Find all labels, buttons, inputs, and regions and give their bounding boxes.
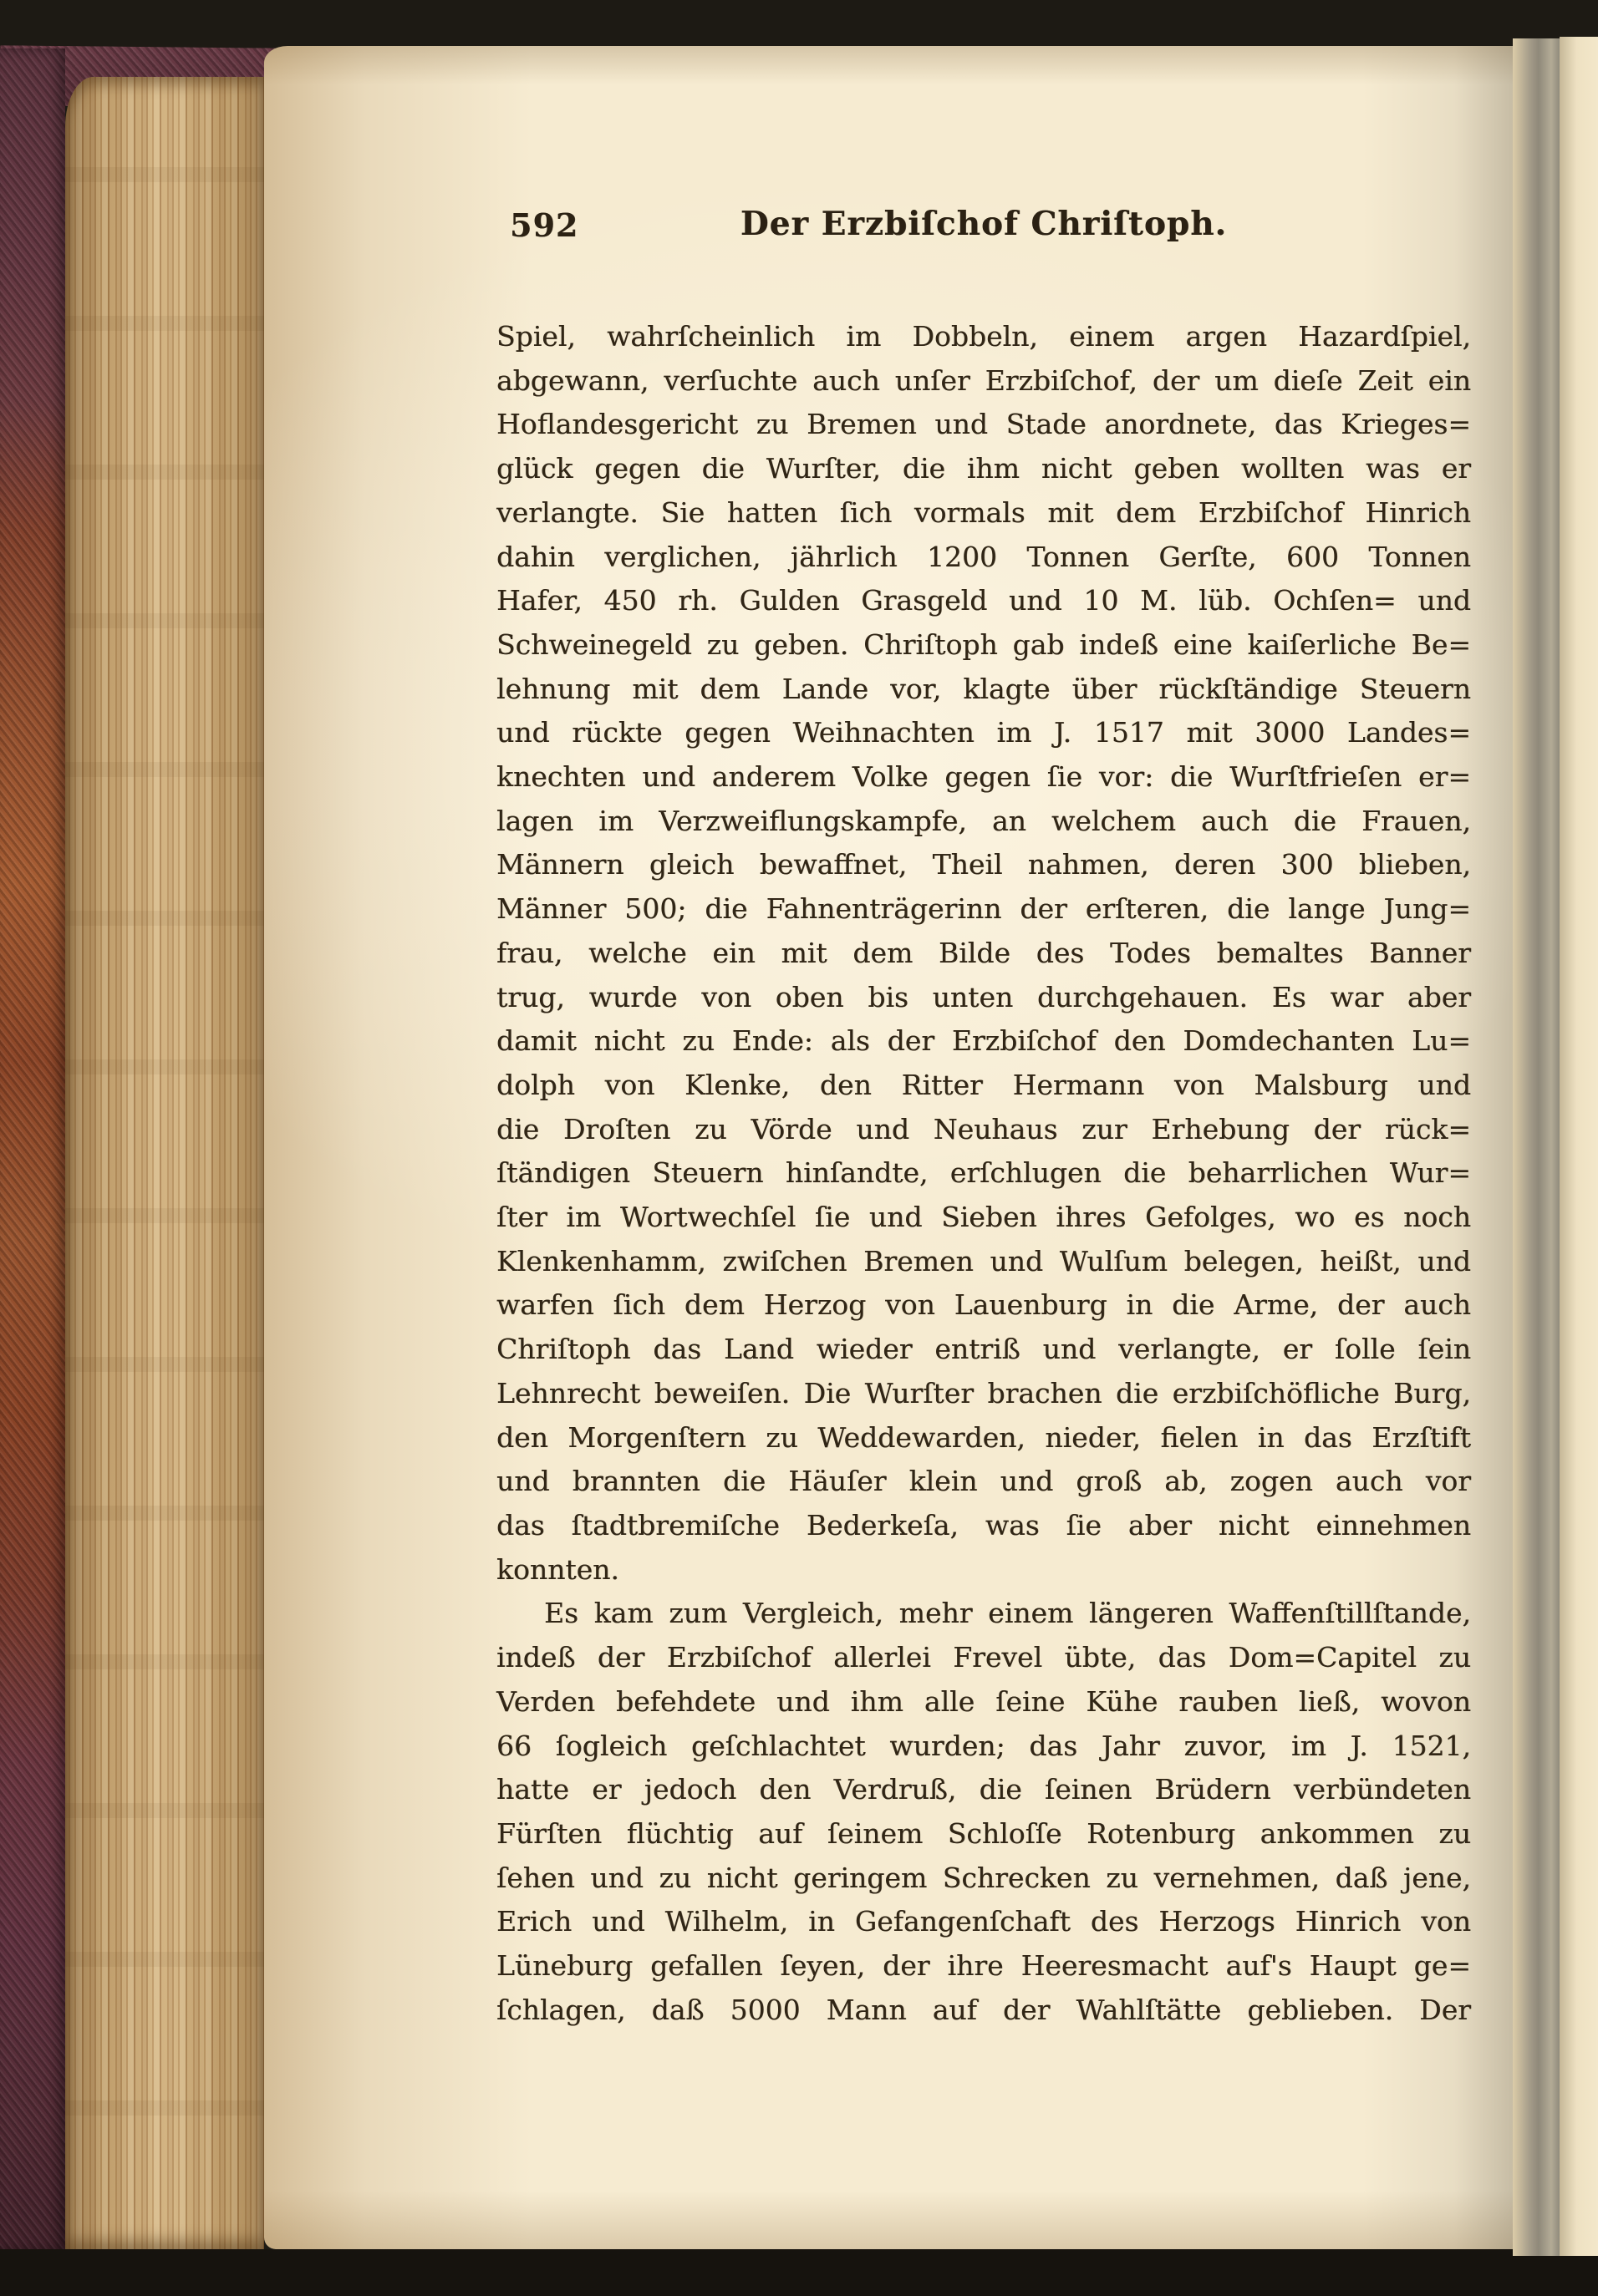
text-line: und brannten die Häuſer klein und groß a… [496, 1460, 1471, 1504]
text-line: frau, welche ein mit dem Bilde des Todes… [496, 932, 1471, 976]
text-line: trug, wurde von oben bis unten durchgeha… [496, 976, 1471, 1020]
text-line: ſchlagen, daß 5000 Mann auf der Wahlſtät… [496, 1989, 1471, 2033]
text-line: verlangte. Sie hatten ſich vormals mit d… [496, 491, 1471, 536]
body-text: Spiel, wahrſcheinlich im Dobbeln, einem … [496, 315, 1471, 2032]
paragraph: Es kam zum Vergleich, mehr einem längere… [496, 1592, 1471, 2032]
page-header-title: Der Erzbiſchof Chriſtoph. [496, 205, 1471, 243]
text-line: glück gegen die Wurſter, die ihm nicht g… [496, 447, 1471, 491]
text-line: das ſtadtbremiſche Bederkeſa, was ſie ab… [496, 1504, 1471, 1592]
text-line: hatte er jedoch den Verdruß, die ſeinen … [496, 1768, 1471, 1812]
text-line: ſter im Wortwechſel ſie und Sieben ihres… [496, 1196, 1471, 1240]
text-line: lehnung mit dem Lande vor, klagte über r… [496, 668, 1471, 712]
text-line: die Droſten zu Vörde und Neuhaus zur Erh… [496, 1108, 1471, 1152]
text-line: Klenkenhamm, zwiſchen Bremen und Wulſum … [496, 1240, 1471, 1284]
photo-background-top [0, 0, 1598, 47]
text-line: Hafer, 450 rh. Gulden Grasgeld und 10 M.… [496, 579, 1471, 623]
text-line: 66 ſogleich geſchlachtet wurden; das Jah… [496, 1725, 1471, 1769]
text-line: ſtändigen Steuern hinſandte, erſchlugen … [496, 1151, 1471, 1196]
text-line: warfen ſich dem Herzog von Lauenburg in … [496, 1283, 1471, 1328]
text-line: Erich und Wilhelm, in Gefangenſchaft des… [496, 1900, 1471, 1944]
text-line: Fürſten flüchtig auf ſeinem Schloſſe Rot… [496, 1812, 1471, 1857]
text-line: ſehen und zu nicht geringem Schrecken zu… [496, 1857, 1471, 1901]
gutter-shadow [1513, 38, 1560, 2256]
text-line: Männern gleich bewaffnet, Theil nahmen, … [496, 843, 1471, 887]
text-line: Lüneburg gefallen ſeyen, der ihre Heeres… [496, 1944, 1471, 1989]
facing-page-sliver [1560, 37, 1598, 2256]
text-line: Verden befehdete und ihm alle ſeine Kühe… [496, 1680, 1471, 1725]
text-line: Lehnrecht beweiſen. Die Wurſter brachen … [496, 1372, 1471, 1416]
text-line: Spiel, wahrſcheinlich im Dobbeln, einem … [496, 315, 1471, 359]
text-line: und rückte gegen Weihnachten im J. 1517 … [496, 711, 1471, 755]
text-line: dolph von Klenke, den Ritter Hermann von… [496, 1064, 1471, 1108]
text-line: dahin verglichen, jährlich 1200 Tonnen G… [496, 536, 1471, 580]
scanned-book-photo: 592 Der Erzbiſchof Chriſtoph. Spiel, wah… [0, 0, 1598, 2296]
text-line: abgewann, verſuchte auch unſer Erzbiſcho… [496, 359, 1471, 404]
text-line: knechten und anderem Volke gegen ſie vor… [496, 755, 1471, 800]
text-line: Chriſtoph das Land wieder entriß und ver… [496, 1328, 1471, 1372]
text-line: lagen im Verzweiflungskampfe, an welchem… [496, 800, 1471, 844]
text-line: Schweinegeld zu geben. Chriſtoph gab ind… [496, 623, 1471, 668]
running-head: 592 Der Erzbiſchof Chriſtoph. [496, 205, 1471, 248]
text-line: Es kam zum Vergleich, mehr einem längere… [496, 1592, 1471, 1636]
text-line: damit nicht zu Ende: als der Erzbiſchof … [496, 1019, 1471, 1064]
text-line: Männer 500; die Fahnenträgerinn der erſt… [496, 887, 1471, 932]
book-cover-spine-edge [0, 48, 65, 2249]
page-block-fore-edge [65, 77, 264, 2249]
book-page: 592 Der Erzbiſchof Chriſtoph. Spiel, wah… [264, 46, 1513, 2249]
text-line: indeß der Erzbiſchof allerlei Frevel übt… [496, 1636, 1471, 1680]
paragraph: Spiel, wahrſcheinlich im Dobbeln, einem … [496, 315, 1471, 1592]
text-line: den Morgenſtern zu Weddewarden, nieder, … [496, 1416, 1471, 1460]
text-line: Hoflandesgericht zu Bremen und Stade ano… [496, 403, 1471, 447]
page-number: 592 [510, 206, 578, 244]
photo-background-bottom [0, 2249, 1598, 2296]
